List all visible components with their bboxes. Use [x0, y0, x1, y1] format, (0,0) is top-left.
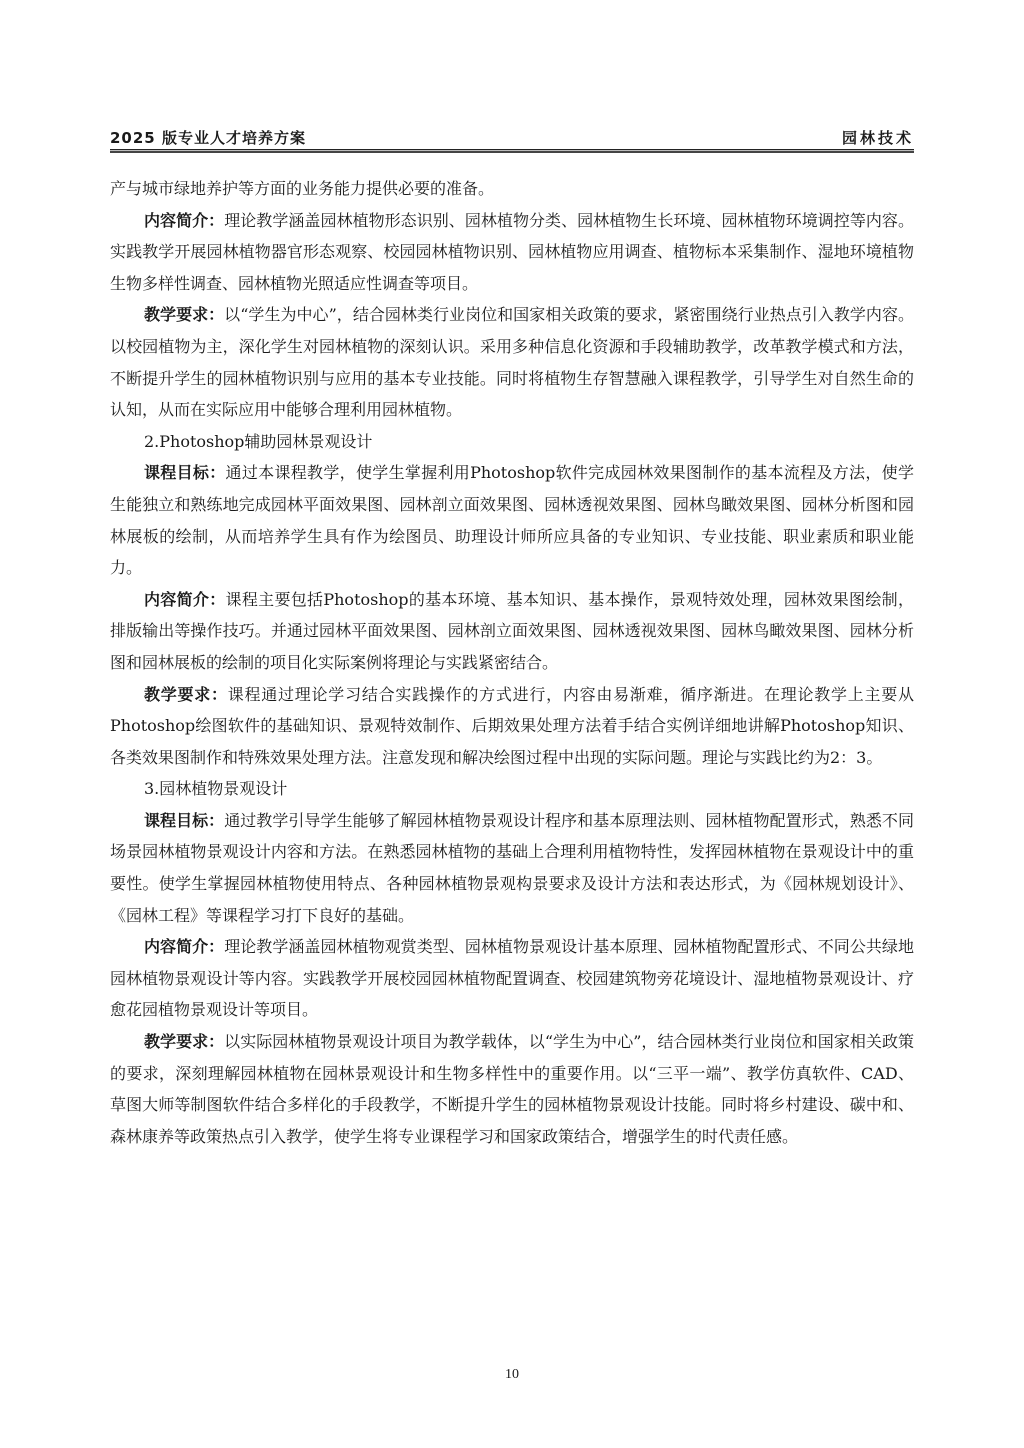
paragraph-lead: 内容简介： [144, 211, 224, 230]
paragraph-course-goal-2: 课程目标：通过本课程教学，使学生掌握利用Photoshop软件完成园林效果图制作… [110, 457, 914, 583]
paragraph-lead: 内容简介： [144, 590, 226, 609]
section-heading-text: 3.园林植物景观设计 [144, 779, 287, 798]
document-body: 产与城市绿地养护等方面的业务能力提供必要的准备。 内容简介：理论教学涵盖园林植物… [110, 173, 914, 1152]
paragraph-content-intro-3: 内容简介：理论教学涵盖园林植物观赏类型、园林植物景观设计基本原理、园林植物配置形… [110, 931, 914, 1026]
section-heading-photoshop: 2.Photoshop辅助园林景观设计 [110, 426, 914, 458]
page-number: 10 [0, 1367, 1024, 1383]
page-header: 2025 版专业人才培养方案 园林技术 [110, 127, 914, 149]
paragraph-text: 以“学生为中心”，结合园林类行业岗位和国家相关政策的要求，紧密围绕行业热点引入教… [110, 305, 914, 419]
paragraph-teaching-req-3: 教学要求：以实际园林植物景观设计项目为教学载体，以“学生为中心”，结合园林类行业… [110, 1026, 914, 1152]
header-rule-divider [110, 149, 914, 153]
paragraph-course-goal-3: 课程目标：通过教学引导学生能够了解园林植物景观设计程序和基本原理法则、园林植物配… [110, 805, 914, 931]
header-major-name: 园林技术 [842, 127, 914, 148]
paragraph-content-intro-1: 内容简介：理论教学涵盖园林植物形态识别、园林植物分类、园林植物生长环境、园林植物… [110, 205, 914, 300]
header-document-title: 2025 版专业人才培养方案 [110, 127, 306, 148]
paragraph-lead: 课程目标： [144, 463, 226, 482]
paragraph-text: 课程主要包括Photoshop的基本环境、基本知识、基本操作，景观特效处理，园林… [110, 590, 914, 672]
paragraph-continuation: 产与城市绿地养护等方面的业务能力提供必要的准备。 [110, 173, 914, 205]
paragraph-content-intro-2: 内容简介：课程主要包括Photoshop的基本环境、基本知识、基本操作，景观特效… [110, 584, 914, 679]
paragraph-lead: 课程目标： [144, 811, 224, 830]
paragraph-teaching-req-2: 教学要求：课程通过理论学习结合实践操作的方式进行，内容由易渐难，循序渐进。在理论… [110, 679, 914, 774]
paragraph-lead: 教学要求： [144, 305, 224, 324]
paragraph-lead: 教学要求： [144, 1032, 224, 1051]
paragraph-text: 理论教学涵盖园林植物形态识别、园林植物分类、园林植物生长环境、园林植物环境调控等… [110, 211, 914, 293]
paragraph-lead: 教学要求： [144, 685, 228, 704]
paragraph-text: 通过教学引导学生能够了解园林植物景观设计程序和基本原理法则、园林植物配置形式，熟… [110, 811, 914, 925]
paragraph-text: 产与城市绿地养护等方面的业务能力提供必要的准备。 [110, 179, 494, 198]
paragraph-text: 课程通过理论学习结合实践操作的方式进行，内容由易渐难，循序渐进。在理论教学上主要… [110, 685, 914, 767]
section-heading-text: 2.Photoshop辅助园林景观设计 [144, 432, 372, 451]
paragraph-text: 通过本课程教学，使学生掌握利用Photoshop软件完成园林效果图制作的基本流程… [110, 463, 914, 577]
paragraph-text: 理论教学涵盖园林植物观赏类型、园林植物景观设计基本原理、园林植物配置形式、不同公… [110, 937, 914, 1019]
paragraph-teaching-req-1: 教学要求：以“学生为中心”，结合园林类行业岗位和国家相关政策的要求，紧密围绕行业… [110, 299, 914, 425]
paragraph-lead: 内容简介： [144, 937, 224, 956]
section-heading-plant-landscape: 3.园林植物景观设计 [110, 773, 914, 805]
paragraph-text: 以实际园林植物景观设计项目为教学载体，以“学生为中心”，结合园林类行业岗位和国家… [110, 1032, 914, 1146]
